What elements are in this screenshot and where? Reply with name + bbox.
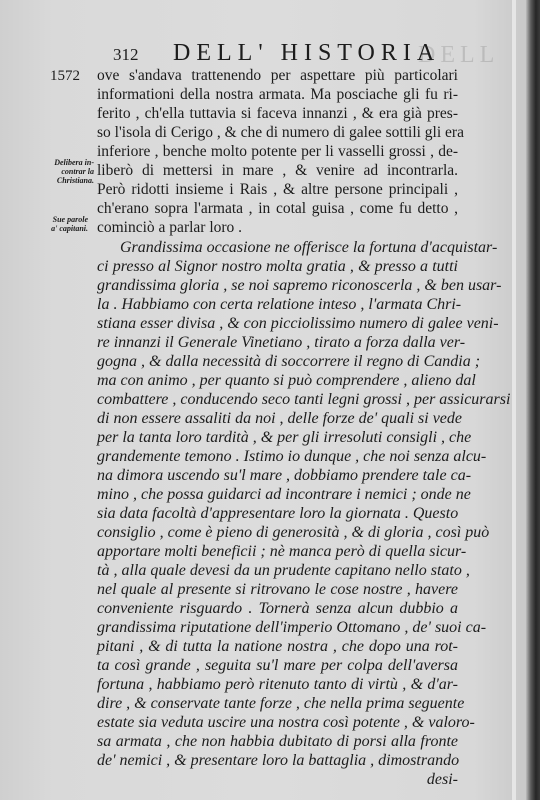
speech-line: sia data facoltà d'appresentare loro la … (97, 505, 458, 523)
speech-line: grandissima gloria , se noi sapremo rico… (97, 277, 458, 295)
page-edge-shadow (526, 0, 540, 800)
speech-line: ta così grande , seguita su'l mare per c… (97, 657, 458, 675)
running-title: DELL' HISTORIA (173, 40, 440, 67)
text-line: ch'erano sopra l'armata , in cotal guisa… (97, 200, 458, 218)
speech-line: nel quale al presente si ritrovano le co… (97, 581, 458, 599)
speech-line: tà , alla quale devesi da un prudente ca… (97, 562, 458, 580)
speech-line: ma con animo , per quanto si può compren… (97, 372, 458, 390)
page-number: 312 (113, 45, 139, 65)
speech-line: ci presso al Signor nostro molta gratia … (97, 258, 458, 276)
catchword: desi- (97, 771, 458, 789)
speech-line: pitani , & di tutta la natione nostra , … (97, 638, 458, 656)
speech-line: combattere , conducendo seco tanti legni… (97, 391, 458, 409)
text-line: ferito , ch'ella tuttavia si faceva inna… (97, 105, 458, 123)
book-page: DELL 312 DELL' HISTORIA 1572 Delibera in… (0, 0, 526, 800)
text-line: inferiore , benche molto potente per li … (97, 143, 458, 161)
speech-line: de' nemici , & presentare loro la battag… (97, 752, 458, 770)
speech-line: la . Habbiamo con certa relatione inteso… (97, 296, 458, 314)
speech-line: di non essere assaliti da noi , delle fo… (97, 410, 458, 428)
speech-line: stiana esser divisa , & con picciolissim… (97, 315, 458, 333)
text-line: informationi della nostra armata. Ma pos… (97, 86, 458, 104)
speech-line: estate sia veduta uscire una nostra così… (97, 714, 458, 732)
speech-line: na dimora uscendo su'l mare , dobbiamo p… (97, 467, 458, 485)
speech-line: dire , & conservate tante forze , che ne… (97, 695, 458, 713)
text-line: so l'isola di Cerigo , & che di numero d… (97, 124, 458, 142)
text-line: liberò di mettersi in mare , & venire ad… (97, 162, 458, 180)
page-header: 312 DELL' HISTORIA (113, 40, 443, 66)
text-line: Però ridotti insieme i Rais , & altre pe… (97, 181, 458, 199)
speech-line: conveniente risguardo . Tornerà senza al… (97, 600, 458, 618)
margin-note-line: Delibera in- (30, 158, 94, 167)
speech-line: sa armata , che non habbia dubitato di p… (97, 733, 458, 751)
speech-line: grandemente temono . Istimo io dunque , … (97, 448, 458, 466)
speech-line: gogna , & dalla necessità di soccorrere … (97, 353, 458, 371)
speech-line: re innanzi il Generale Vinetiano , tirat… (97, 334, 458, 352)
page-edge-highlight (512, 0, 516, 800)
speech-line: Grandissima occasione ne offerisce la fo… (120, 239, 458, 257)
speech-line: grandissima riputatione dell'imperio Ott… (97, 619, 458, 637)
speech-line: apportare molti beneficii ; nè manca per… (97, 543, 458, 561)
margin-note-parole: Sue parole a' capitani. (30, 215, 88, 233)
margin-note-line: contrar la (30, 167, 94, 176)
text-line: cominciò a parlar loro . (97, 219, 458, 237)
speech-line: fortuna , habbiamo però ritenuto tanto d… (97, 676, 458, 694)
margin-note-delibera: Delibera in- contrar la Christiana. (30, 158, 94, 185)
margin-note-line: a' capitani. (30, 224, 88, 233)
speech-line: mino , che possa guidarci ad incontrare … (97, 486, 458, 504)
margin-year: 1572 (50, 68, 80, 85)
speech-line: per la tanta loro tardità , & per gli ir… (97, 429, 458, 447)
margin-note-line: Sue parole (30, 215, 88, 224)
speech-line: consiglio , come è pieno di generosità ,… (97, 524, 458, 542)
text-line: ove s'andava trattenendo per aspettare p… (97, 67, 458, 85)
margin-note-line: Christiana. (30, 176, 94, 185)
